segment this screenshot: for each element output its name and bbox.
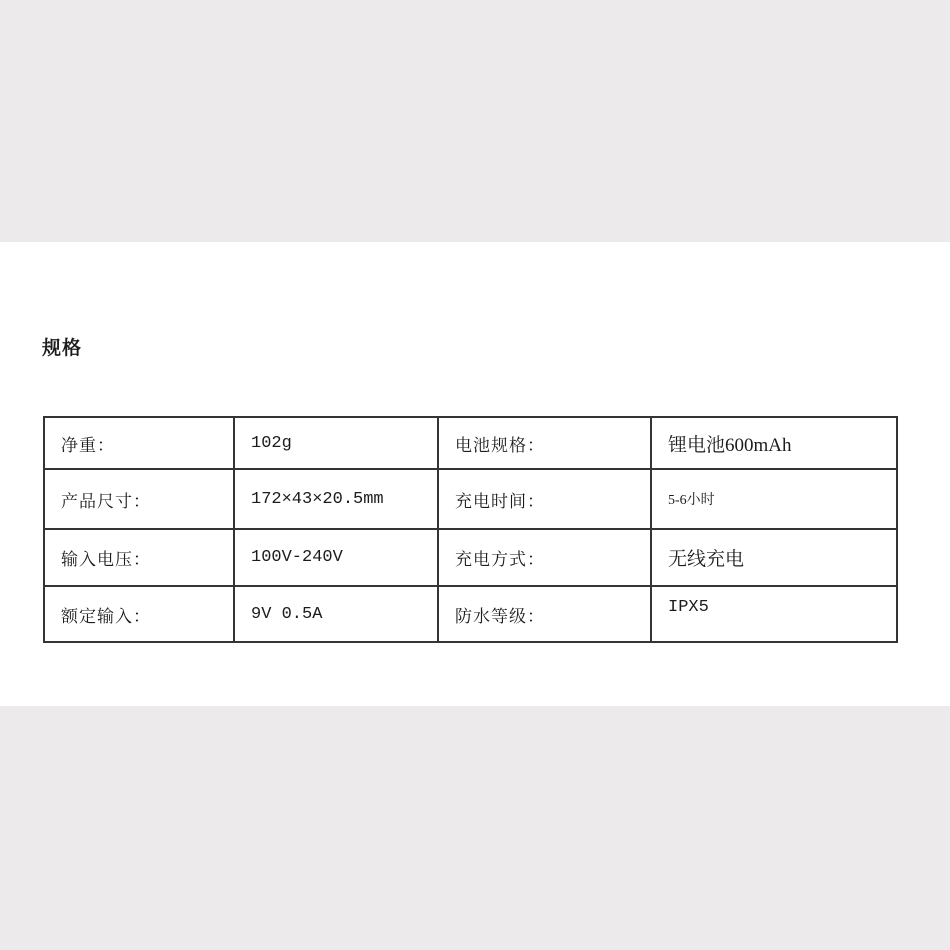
spec-value-waterproof-rating: IPX5: [651, 586, 897, 642]
product-spec-page: 规格 净重： 102g 电池规格： 锂电池600mAh 产品尺寸： 172×43…: [0, 0, 950, 950]
table-row: 产品尺寸： 172×43×20.5mm 充电时间： 5-6小时: [44, 469, 897, 529]
spec-label-rated-input: 额定输入：: [44, 586, 234, 642]
bottom-gray-band: [0, 706, 950, 950]
spec-value-input-voltage: 100V-240V: [234, 529, 438, 586]
spec-value-battery-spec: 锂电池600mAh: [651, 417, 897, 469]
table-row: 净重： 102g 电池规格： 锂电池600mAh: [44, 417, 897, 469]
spec-label-input-voltage: 输入电压：: [44, 529, 234, 586]
spec-value-charging-method: 无线充电: [651, 529, 897, 586]
spec-value-rated-input: 9V 0.5A: [234, 586, 438, 642]
spec-label-charging-method: 充电方式：: [438, 529, 651, 586]
spec-label-waterproof-rating: 防水等级：: [438, 586, 651, 642]
spec-label-charging-time: 充电时间：: [438, 469, 651, 529]
spec-label-battery-spec: 电池规格：: [438, 417, 651, 469]
spec-label-net-weight: 净重：: [44, 417, 234, 469]
spec-value-charging-time: 5-6小时: [651, 469, 897, 529]
spec-table: 净重： 102g 电池规格： 锂电池600mAh 产品尺寸： 172×43×20…: [43, 416, 898, 643]
spec-value-product-dimensions: 172×43×20.5mm: [234, 469, 438, 529]
section-title: 规格: [42, 333, 82, 360]
spec-label-product-dimensions: 产品尺寸：: [44, 469, 234, 529]
spec-value-net-weight: 102g: [234, 417, 438, 469]
table-row: 额定输入： 9V 0.5A 防水等级： IPX5: [44, 586, 897, 642]
table-row: 输入电压： 100V-240V 充电方式： 无线充电: [44, 529, 897, 586]
top-gray-band: [0, 0, 950, 242]
